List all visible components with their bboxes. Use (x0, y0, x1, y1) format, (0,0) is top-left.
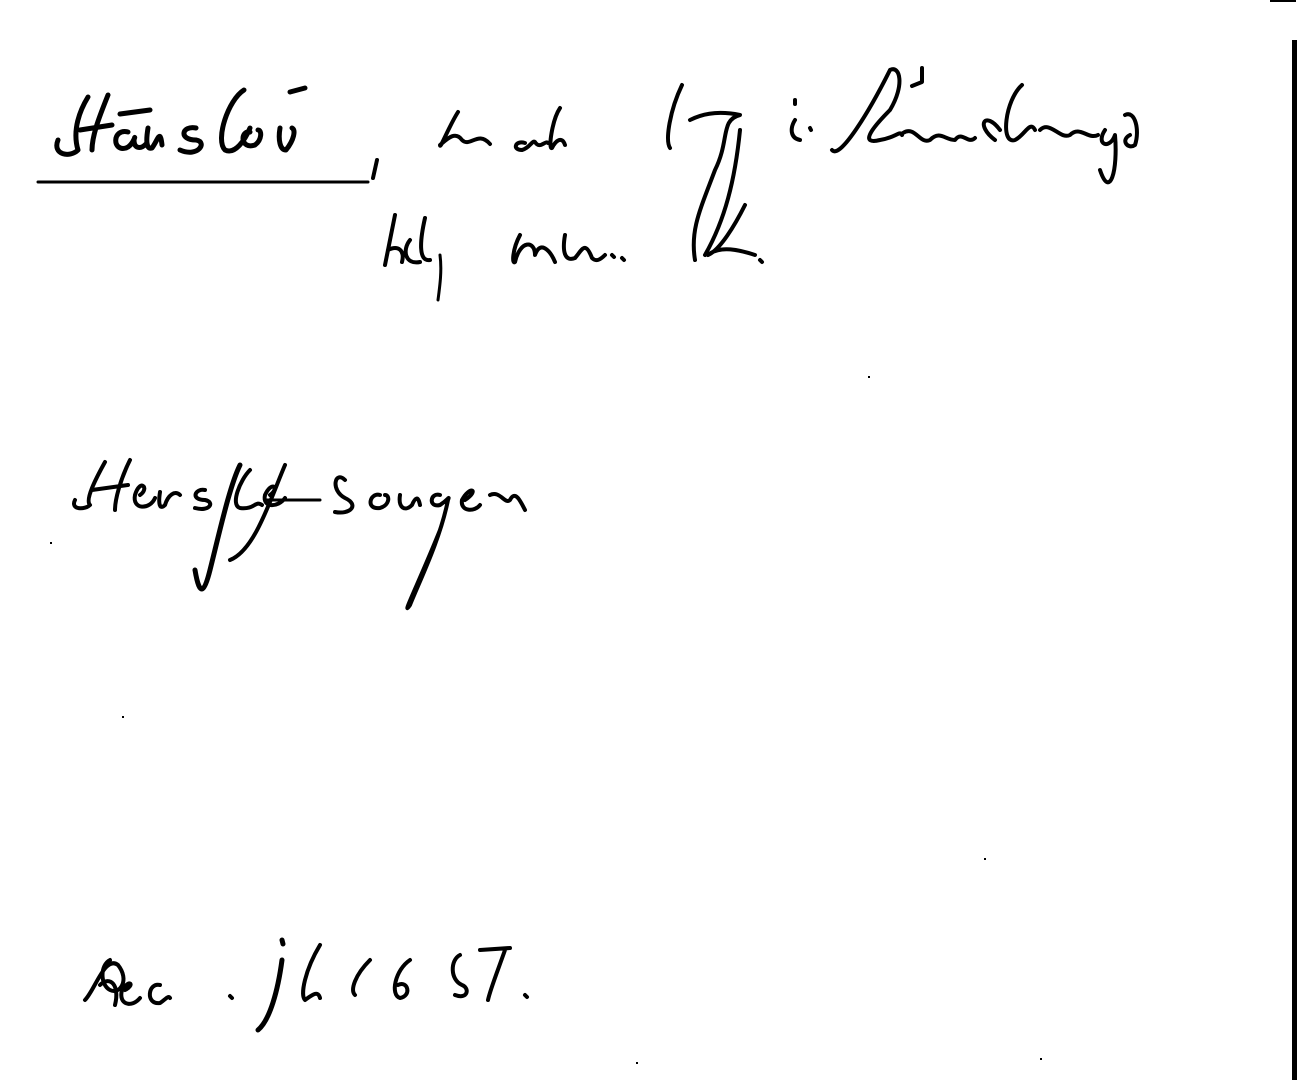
archive-card: Häslöv , sn och by i Rönnebergs hd, Malm… (0, 0, 1304, 1088)
scan-speck (868, 376, 870, 378)
headword-ink (57, 88, 305, 154)
scan-speck (636, 1062, 638, 1064)
scan-speck (50, 542, 52, 544)
scan-speck (1040, 1058, 1042, 1060)
handwriting-ink (0, 0, 1304, 1088)
scan-speck (984, 858, 986, 860)
scan-speck (122, 716, 124, 718)
